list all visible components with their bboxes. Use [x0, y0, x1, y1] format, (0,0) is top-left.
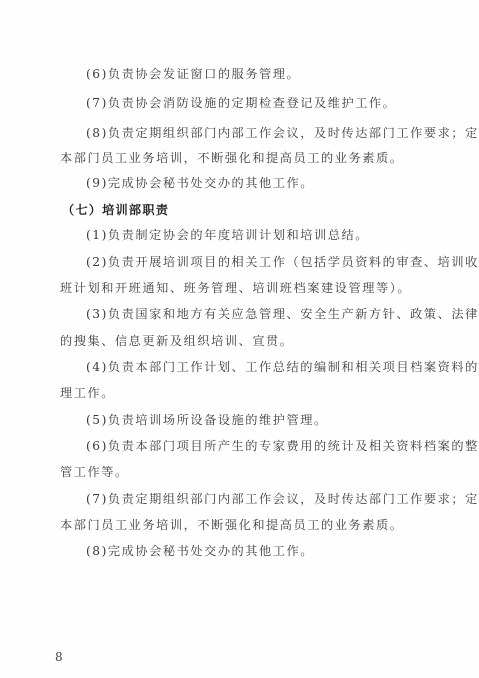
paragraph-line: 管工作等。	[60, 464, 129, 480]
paragraph-line: (7)负责定期组织部门内部工作会议，及时传达部门工作要求；定期组织	[86, 491, 479, 507]
page-number: 8	[55, 650, 63, 664]
paragraph-line: (9)完成协会秘书处交办的其他工作。	[86, 175, 314, 191]
paragraph-line: (6)负责本部门项目所产生的专家费用的统计及相关资料档案的整理与保	[86, 438, 479, 454]
section-heading: （七）培训部职责	[62, 202, 169, 218]
paragraph-line: 班计划和开班通知、班务管理、培训班档案建设管理等）。	[60, 280, 411, 296]
paragraph-line: 本部门员工业务培训，不断强化和提高员工的业务素质。	[60, 517, 403, 533]
paragraph-line: (6)负责协会发证窗口的服务管理。	[86, 66, 300, 82]
paragraph-line: (1)负责制定协会的年度培训计划和培训总结。	[86, 227, 369, 243]
paragraph-line: (7)负责协会消防设施的定期检查登记及维护工作。	[86, 95, 396, 111]
paragraph-line: (3)负责国家和地方有关应急管理、安全生产新方针、政策、法律、法规	[86, 306, 479, 322]
document-page: (6)负责协会发证窗口的服务管理。 (7)负责协会消防设施的定期检查登记及维护工…	[0, 0, 479, 678]
paragraph-line: 的搜集、信息更新及组织培训、宣贯。	[60, 333, 294, 349]
paragraph-line: 本部门员工业务培训，不断强化和提高员工的业务素质。	[60, 150, 403, 166]
paragraph-line: (2)负责开展培训项目的相关工作（包括学员资料的审查、培训收缴、开	[86, 254, 479, 270]
paragraph-line: (8)负责定期组织部门内部工作会议，及时传达部门工作要求；定期组织	[86, 125, 479, 141]
paragraph-line: 理工作。	[60, 385, 115, 401]
paragraph-line: (4)负责本部门工作计划、工作总结的编制和相关项目档案资料的归档管	[86, 359, 479, 375]
paragraph-line: (5)负责培训场所设备设施的维护管理。	[86, 412, 328, 428]
paragraph-line: (8)完成协会秘书处交办的其他工作。	[86, 543, 314, 559]
